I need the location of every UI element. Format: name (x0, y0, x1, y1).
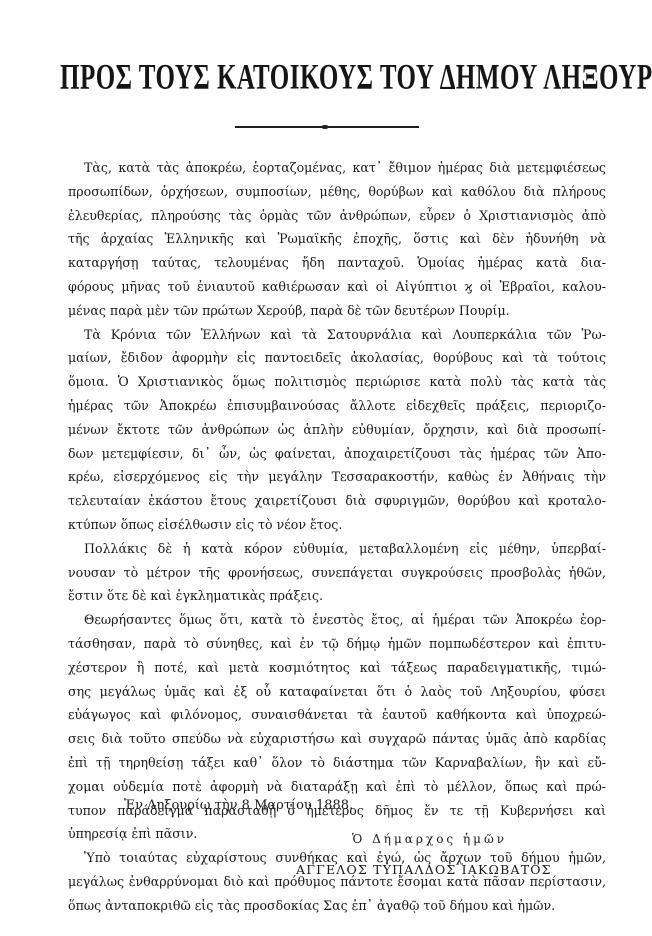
signature-name: ΑΓΓΕΛΟΣ ΤΥΠΑΛΔΟΣ ΙΑΚΩΒΑΤΟΣ (296, 862, 552, 877)
body-line: μένων ἔκτοτε τῶν ἀνθρώπων ὡς ἁπλὴν εὐθυμ… (68, 418, 606, 442)
body-line: Πολλάκις δὲ ἡ κατὰ κόρον εὐθυμία, μεταβα… (68, 537, 606, 561)
body-line: καταργήσῃ ταύτας, τελουμένας ἤδη πανταχο… (68, 251, 606, 275)
signature-role: Ὁ Δήμαρχος ἡμῶν (352, 832, 507, 846)
document-title: ΠΡΟΣ ΤΟΥΣ ΚΑΤΟΙΚΟΥΣ ΤΟΥ ΔΗΜΟΥ ΛΗΞΟΥΡΙΟΥ (60, 58, 592, 99)
body-line: χέστερον ἢ ποτέ, καὶ μετὰ κοσμιότητος κα… (68, 656, 606, 680)
body-line: ὅπως ἀνταποκριθῶ εἰς τὰς προσδοκίας Σας … (68, 894, 606, 918)
body-line: φόρους μῆνας τοῦ ἐνιαυτοῦ καθιέρωσαν καὶ… (68, 275, 606, 299)
body-line: ἐπὶ τῇ τηρηθείσῃ τάξει καθ᾽ ὅλον τὸ διάσ… (68, 751, 606, 775)
title-divider-rule (235, 126, 419, 128)
body-line: τῆς ἀρχαίας Ἑλληνικῆς καὶ Ῥωμαϊκῆς ἐποχῆ… (68, 227, 606, 251)
body-line: τάσθησαν, παρὰ τὸ σύνηθες, καὶ ἐν τῷ δήμ… (68, 632, 606, 656)
body-line: Τὰ Κρόνια τῶν Ἑλλήνων καὶ τὰ Σατουρνάλια… (68, 323, 606, 347)
body-line: ἔστιν ὅτε δὲ καὶ ἐγκληματικὰς πράξεις. (68, 584, 606, 608)
body-line: τελευταίαν ἑκάστου ἔτους χαιρετίζουσι δι… (68, 489, 606, 513)
body-line: προσωπίδων, ὀρχήσεων, συμποσίων, μέθης, … (68, 180, 606, 204)
body-line: κτύπων ὅπως εἰσέλθωσιν εἰς τὸ νέον ἔτος. (68, 513, 606, 537)
body-line: ὅμοια. Ὁ Χριστιανικὸς ὅμως πολιτισμὸς πε… (68, 370, 606, 394)
body-line: μαίων, ἔδιδον ἀφορμὴν εἰς παντοειδεῖς ἀκ… (68, 346, 606, 370)
date-line: Ἐν Ληξουρίῳ τὴν 8 Μαρτίου 1888. (124, 798, 353, 813)
body-line: ἐλευθερίας, πληρούσης τὰς ὁρμὰς τῶν ἀνθρ… (68, 204, 606, 228)
body-line: ἡμέρας τῶν Ἀποκρέω ἐπισυμβαινούσας ἄλλοτ… (68, 394, 606, 418)
body-line: σεις διὰ τοῦτο σπεύδω νὰ εὐχαριστήσω καὶ… (68, 727, 606, 751)
body-line: δων μετεμφίεσιν, δι᾽ ὧν, ὡς φαίνεται, ἀπ… (68, 442, 606, 466)
body-line: χομαι οὐδεμία ποτὲ ἀφορμὴ νὰ διαταράξῃ κ… (68, 775, 606, 799)
body-line: εὐάγωγος καὶ φιλόνομος, συναισθάνεται τὰ… (68, 703, 606, 727)
body-line: νουσαν τὸ μέτρον τῆς φρονήσεως, συνεπάγε… (68, 561, 606, 585)
body-line: Τὰς, κατὰ τὰς ἀποκρέω, ἑορταζομένας, κατ… (68, 156, 606, 180)
document-page: ΠΡΟΣ ΤΟΥΣ ΚΑΤΟΙΚΟΥΣ ΤΟΥ ΔΗΜΟΥ ΛΗΞΟΥΡΙΟΥ … (0, 0, 652, 936)
body-line: Θεωρήσαντες ὅμως ὅτι, κατὰ τὸ ἐνεστὸς ἔτ… (68, 608, 606, 632)
body-line: σης μεγάλως ὑμᾶς καὶ ἐξ οὗ καταφαίνεται … (68, 680, 606, 704)
body-line: μένας παρὰ μὲν τῶν πρώτων Χερούβ, παρὰ δ… (68, 299, 606, 323)
body-line: κρέω, εἰσερχόμενος εἰς τὴν μεγάλην Τεσσα… (68, 465, 606, 489)
body-line: ὑπηρεσίᾳ ἐπὶ πᾶσιν. (68, 822, 606, 846)
